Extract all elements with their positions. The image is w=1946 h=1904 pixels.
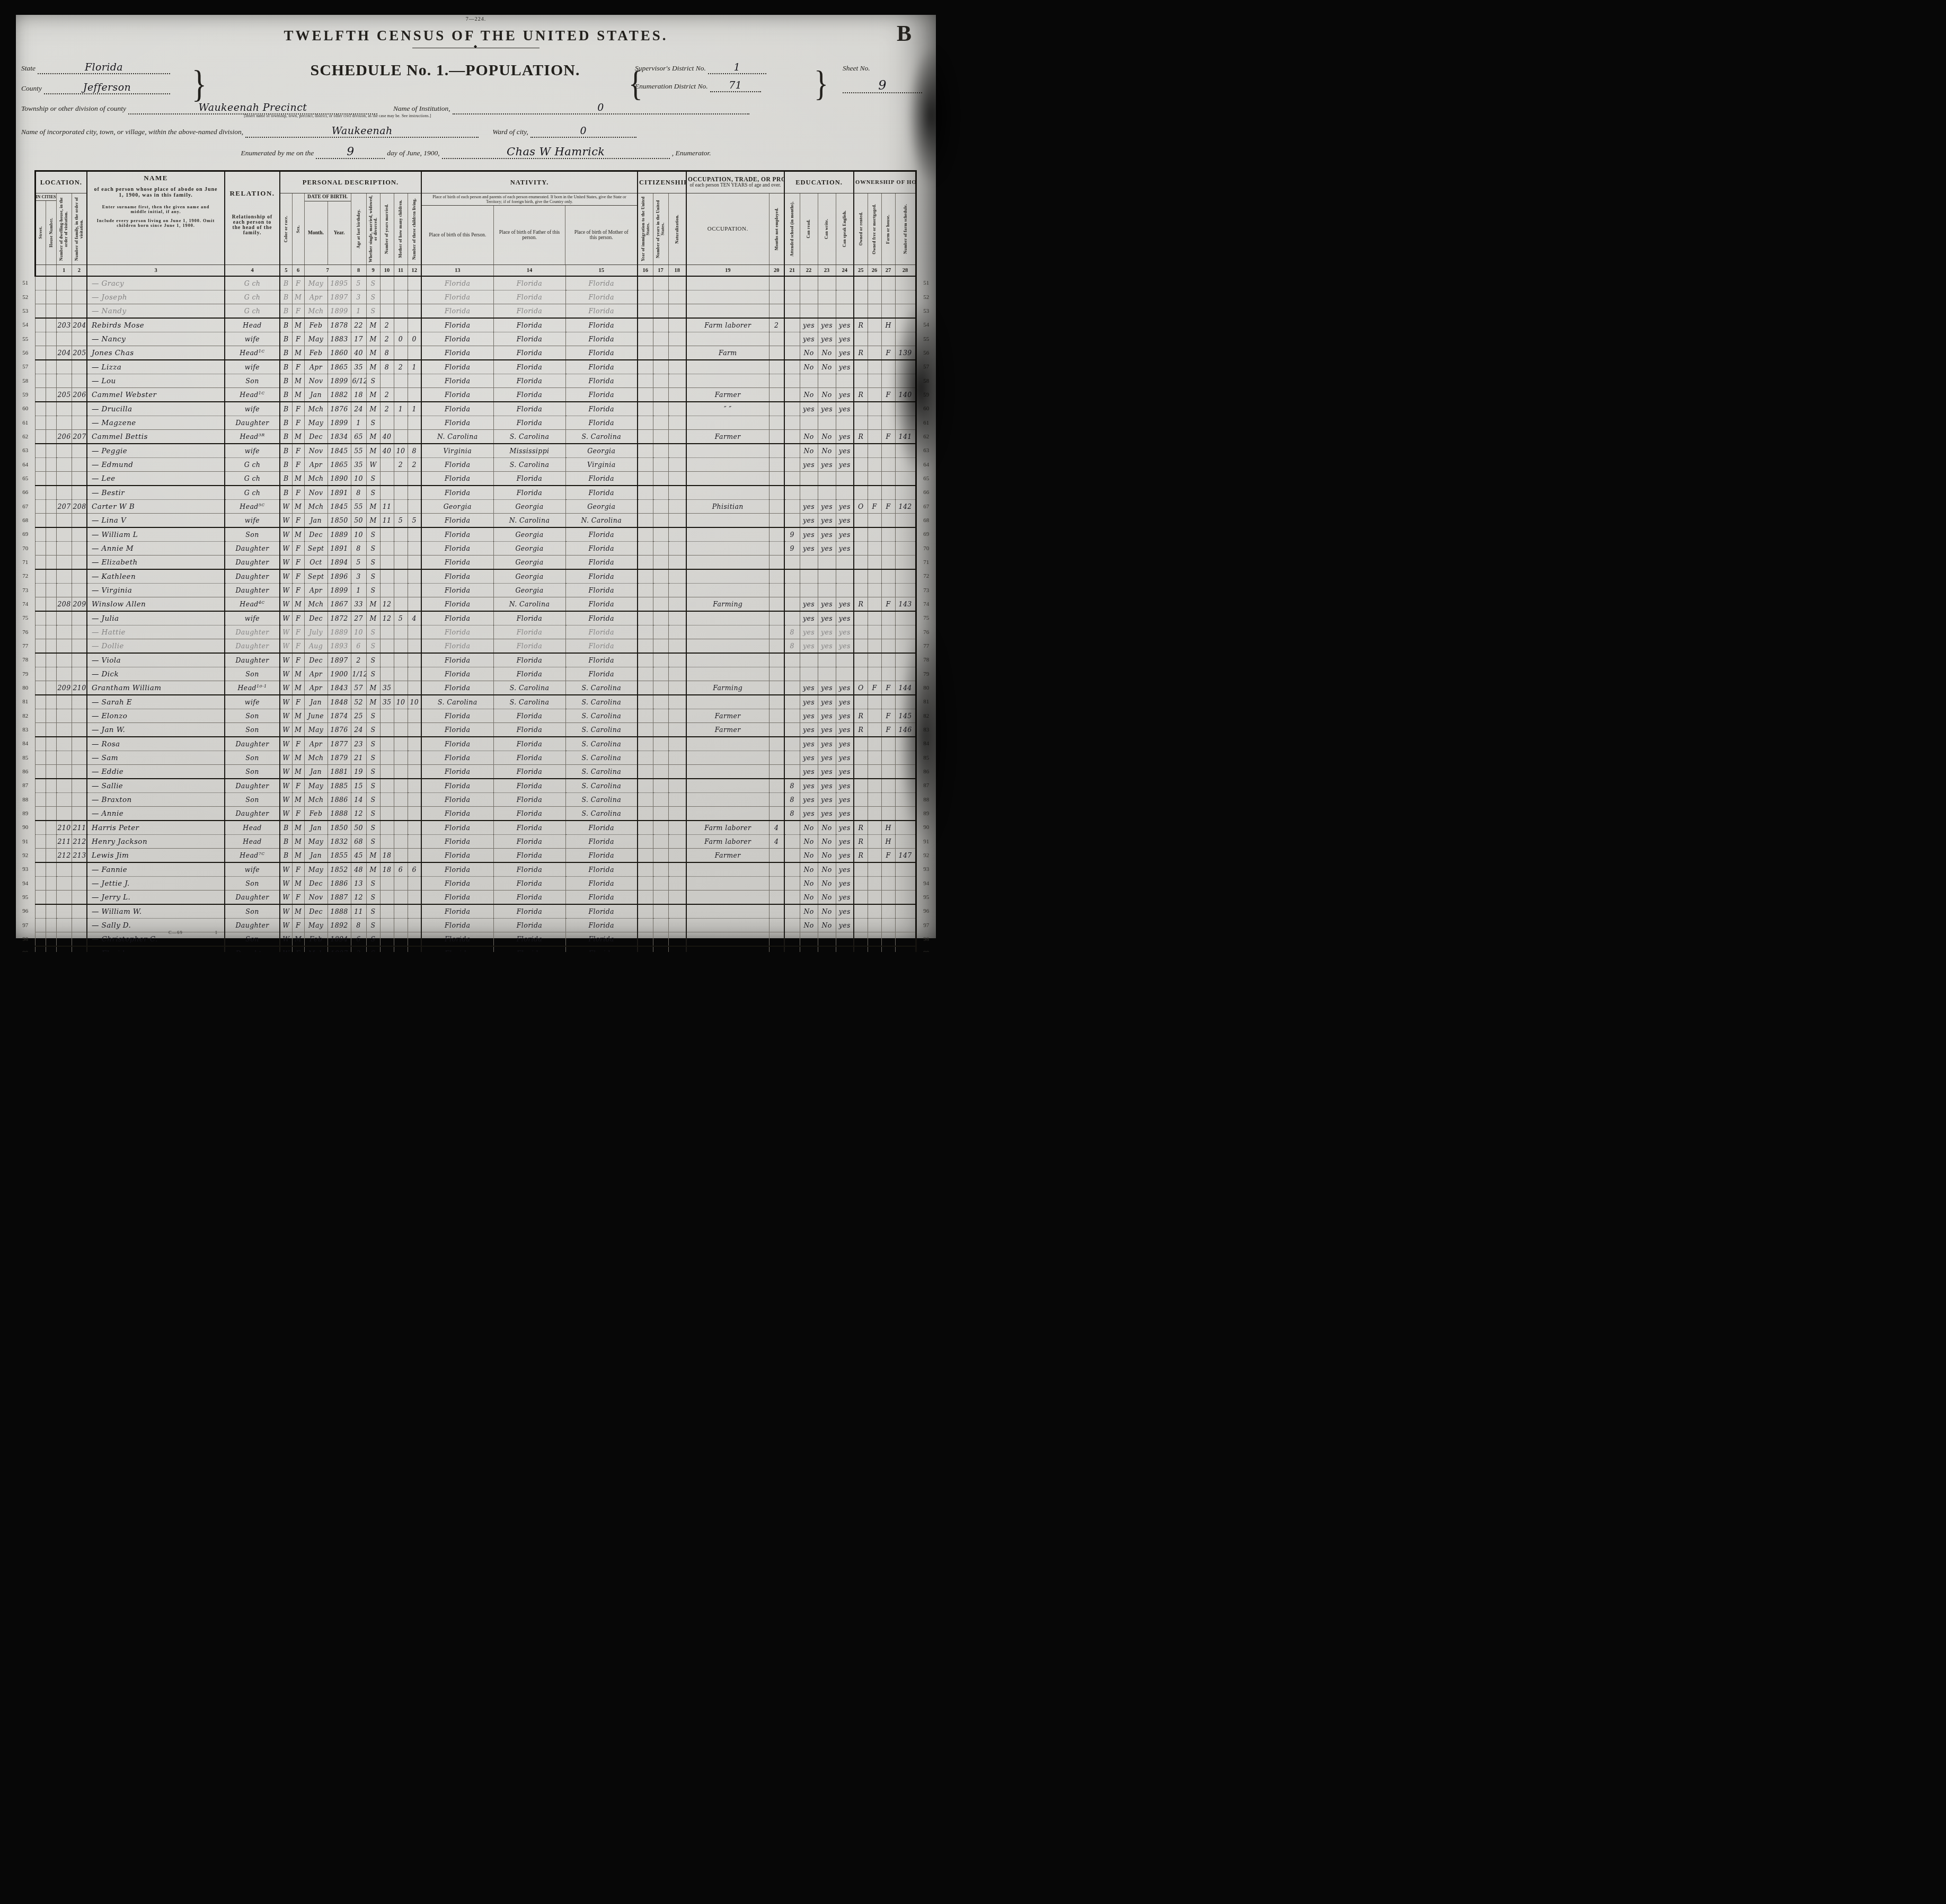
cell-owned-rented (854, 765, 868, 779)
cell-free-mortgaged (868, 290, 881, 304)
cell-months-not-employed (769, 500, 784, 514)
cell-name: — Drucilla (87, 402, 225, 416)
cell-can-write: yes (818, 751, 836, 765)
cell-family (72, 584, 87, 597)
cell-occupation (686, 276, 769, 290)
cell-owned-rented: R (854, 597, 868, 612)
person-row: 89— AnnieDaughterWFFeb188812SFloridaFlor… (16, 807, 936, 821)
cell-family (72, 723, 87, 737)
cell-farm-schedule (895, 835, 916, 849)
township-value: Waukeenah Precinct (198, 102, 307, 113)
cell-relation: Son (225, 765, 280, 779)
cell-color: B (280, 430, 292, 444)
cell-farm-schedule (895, 807, 916, 821)
cell-mother-of (394, 793, 408, 807)
cell-name: — Lina V (87, 514, 225, 528)
line-number-left: 75 (16, 611, 35, 625)
cell-dwelling: 205 (56, 388, 72, 402)
cell-naturalization (668, 653, 686, 667)
group-personal-description: PERSONAL DESCRIPTION. (280, 171, 421, 193)
line-number-right: 96 (916, 904, 936, 919)
cell-can-speak-english (836, 932, 854, 947)
cell-years-married (380, 304, 394, 319)
cell-birth-year: 1886 (328, 793, 351, 807)
cell-occupation (686, 862, 769, 877)
cell-relation: G ch (225, 472, 280, 486)
cell-attended-school (784, 402, 800, 416)
line-number-right: 97 (916, 919, 936, 932)
cell (46, 444, 56, 458)
cell-age: 17 (351, 332, 366, 346)
cell-attended-school (784, 946, 800, 952)
cell-color: W (280, 542, 292, 556)
cell-pob-person: Florida (421, 891, 493, 905)
cell-family (72, 946, 87, 952)
col-owned-rented: Owned or rented. (854, 193, 868, 265)
cell-months-not-employed (769, 597, 784, 612)
cell-pob-mother: N. Carolina (565, 514, 638, 528)
cell-can-write: yes (818, 332, 836, 346)
cell-name: Harris Peter (87, 821, 225, 835)
cell (46, 458, 56, 472)
footer-code: C—69 (169, 930, 183, 935)
cell-marital: S (366, 821, 380, 835)
cell-dwelling (56, 416, 72, 430)
cell-can-read (800, 584, 818, 597)
person-row: 59205206Cammel WebsterHead1CBMJan188218M… (16, 388, 936, 402)
cell-free-mortgaged (868, 304, 881, 319)
cell-farm-schedule (895, 737, 916, 751)
cell-farm-schedule (895, 527, 916, 542)
supervisor-district-value: 1 (734, 61, 741, 73)
cell-birth-month: Apr (304, 681, 328, 695)
cell-owned-rented (854, 556, 868, 570)
cell-can-read: No (800, 862, 818, 877)
cell-can-speak-english: yes (836, 849, 854, 863)
cell-owned-rented (854, 667, 868, 681)
cell-birth-month: Apr (304, 360, 328, 374)
cell (35, 332, 46, 346)
cell-farm-house: F (881, 709, 895, 723)
cell-birth-month: May (304, 416, 328, 430)
cell-marital: S (366, 723, 380, 737)
cell-can-read: yes (800, 807, 818, 821)
cell-pob-person: Florida (421, 904, 493, 919)
line-number-left: 89 (16, 807, 35, 821)
person-row: 78— ViolaDaughterWFDec18972SFloridaFlori… (16, 653, 936, 667)
cell-years-married (380, 821, 394, 835)
cell-occupation: Farm laborer (686, 318, 769, 332)
cell-pob-mother: S. Carolina (565, 430, 638, 444)
cell-family: 213 (72, 849, 87, 863)
cell (46, 625, 56, 639)
person-row: 94— Jettie J.SonWMDec188613SFloridaFlori… (16, 877, 936, 891)
col-years-married: Number of years married. (380, 193, 394, 265)
cell (35, 486, 46, 500)
cell-age: 40 (351, 346, 366, 360)
cell-dwelling (56, 667, 72, 681)
cell-free-mortgaged (868, 472, 881, 486)
cell-can-write (818, 584, 836, 597)
cell-pob-mother: Florida (565, 584, 638, 597)
cell-farm-house (881, 444, 895, 458)
cell-free-mortgaged (868, 709, 881, 723)
cell-years-in-us (653, 891, 668, 905)
cell-sex: F (292, 304, 304, 319)
cell-pob-father: Florida (493, 737, 565, 751)
cell-naturalization (668, 304, 686, 319)
cell-can-speak-english: yes (836, 891, 854, 905)
cell-farm-schedule (895, 304, 916, 319)
column-number: 1 (56, 265, 72, 277)
cell-can-read: No (800, 346, 818, 360)
cell-dwelling (56, 444, 72, 458)
cell-attended-school: 8 (784, 779, 800, 793)
cell-occupation (686, 625, 769, 639)
cell-birth-year: 1892 (328, 919, 351, 932)
cell-pob-mother: Florida (565, 318, 638, 332)
line-number-left: 93 (16, 862, 35, 877)
cell-years-married: 8 (380, 360, 394, 374)
cell-pob-father: Florida (493, 849, 565, 863)
cell-owned-rented: O (854, 500, 868, 514)
cell-birth-month: Jan (304, 514, 328, 528)
cell-naturalization (668, 891, 686, 905)
cell-free-mortgaged: F (868, 500, 881, 514)
cell-age: 12 (351, 891, 366, 905)
cell-age: 5 (351, 556, 366, 570)
cell-can-write: No (818, 444, 836, 458)
cell-relation: Daughter (225, 737, 280, 751)
cell-marital: S (366, 751, 380, 765)
cell-attended-school (784, 862, 800, 877)
cell-age: 21 (351, 751, 366, 765)
cell-can-speak-english: yes (836, 346, 854, 360)
cell (46, 695, 56, 709)
column-number: 2 (72, 265, 87, 277)
cell-owned-rented: R (854, 835, 868, 849)
cell-marital: M (366, 346, 380, 360)
cell-marital: S (366, 556, 380, 570)
cell-immigration-year (638, 290, 653, 304)
cell-mother-of (394, 709, 408, 723)
person-row: 81— Sarah EwifeWFJan184852M351010S. Caro… (16, 695, 936, 709)
cell-pob-person: Florida (421, 569, 493, 584)
cell-children-living (408, 877, 421, 891)
cell-months-not-employed (769, 402, 784, 416)
cell-dwelling (56, 569, 72, 584)
cell-years-in-us (653, 514, 668, 528)
cell-owned-rented (854, 458, 868, 472)
cell-years-married (380, 946, 394, 952)
cell-can-read: yes (800, 723, 818, 737)
cell-sex: M (292, 681, 304, 695)
cell-sex: F (292, 569, 304, 584)
cell-naturalization (668, 807, 686, 821)
cell-sex: F (292, 737, 304, 751)
cell-can-read: No (800, 849, 818, 863)
line-number-left: 65 (16, 472, 35, 486)
line-number-left: 55 (16, 332, 35, 346)
cell-can-write: yes (818, 639, 836, 654)
cell-years-married: 40 (380, 444, 394, 458)
cell-birth-month: Mch (304, 402, 328, 416)
cell-can-write: No (818, 821, 836, 835)
cell-birth-year: 1886 (328, 877, 351, 891)
cell-years-married: 35 (380, 695, 394, 709)
cell (35, 388, 46, 402)
line-number-left: 96 (16, 904, 35, 919)
cell-immigration-year (638, 458, 653, 472)
cell-pob-father: Florida (493, 388, 565, 402)
cell-color: B (280, 821, 292, 835)
col-occupation: OCCUPATION. (686, 193, 769, 265)
cell-can-speak-english: yes (836, 611, 854, 625)
cell-name: Rebirds Mose (87, 318, 225, 332)
cell-years-in-us (653, 444, 668, 458)
cell-color: W (280, 793, 292, 807)
cell-years-in-us (653, 360, 668, 374)
cell-owned-rented (854, 639, 868, 654)
cell-family (72, 514, 87, 528)
cell-naturalization (668, 932, 686, 947)
line-number-left: 98 (16, 932, 35, 947)
cell-mother-of: 6 (394, 862, 408, 877)
cell-years-married (380, 527, 394, 542)
cell-years-married: 18 (380, 849, 394, 863)
cell-age: 12 (351, 807, 366, 821)
cell-birth-year: 1883 (328, 332, 351, 346)
cell-birth-year: 1876 (328, 723, 351, 737)
cell-farm-house (881, 751, 895, 765)
cell-years-in-us (653, 932, 668, 947)
cell-name: — Elonzo (87, 709, 225, 723)
cell-children-living (408, 430, 421, 444)
cell-years-in-us (653, 486, 668, 500)
cell-family (72, 709, 87, 723)
cell-age: 1 (351, 584, 366, 597)
cell (46, 849, 56, 863)
cell-occupation (686, 584, 769, 597)
cell-years-married: 2 (380, 402, 394, 416)
cell-color: W (280, 737, 292, 751)
cell-birth-month: Apr (304, 667, 328, 681)
cell-marital: S (366, 877, 380, 891)
cell-attended-school: 9 (784, 542, 800, 556)
cell-farm-schedule (895, 472, 916, 486)
cell-can-speak-english: yes (836, 388, 854, 402)
cell-occupation: Farmer (686, 388, 769, 402)
cell-birth-month: Mch (304, 793, 328, 807)
cell-pob-mother: Florida (565, 625, 638, 639)
cell-owned-rented: R (854, 709, 868, 723)
cell-occupation (686, 695, 769, 709)
cell-marital: S (366, 584, 380, 597)
col-months-not-employed: Months not employed. (769, 193, 784, 265)
cell-can-write: yes (818, 514, 836, 528)
cell-free-mortgaged (868, 611, 881, 625)
cell-can-read: yes (800, 318, 818, 332)
cell-farm-house (881, 360, 895, 374)
cell-can-write: yes (818, 500, 836, 514)
cell-birth-month: Feb (304, 807, 328, 821)
cell-name: — Hattie (87, 625, 225, 639)
cell-mother-of (394, 625, 408, 639)
cell-free-mortgaged (868, 904, 881, 919)
cell-pob-person: Florida (421, 416, 493, 430)
cell-years-married (380, 276, 394, 290)
cell-family (72, 904, 87, 919)
cell-birth-year: 1889 (328, 527, 351, 542)
cell-occupation (686, 486, 769, 500)
cell-can-write (818, 472, 836, 486)
cell-pob-father: Florida (493, 751, 565, 765)
cell-naturalization (668, 374, 686, 388)
cell-months-not-employed (769, 290, 784, 304)
cell-can-speak-english: yes (836, 625, 854, 639)
cell-pob-mother: S. Carolina (565, 737, 638, 751)
cell-name: — Magzene (87, 416, 225, 430)
cell-marital: S (366, 709, 380, 723)
cell-attended-school (784, 416, 800, 430)
cell-pob-person: Virginia (421, 444, 493, 458)
cell-attended-school (784, 737, 800, 751)
cell-dwelling (56, 653, 72, 667)
cell-farm-house (881, 877, 895, 891)
cell-farm-house (881, 932, 895, 947)
cell-naturalization (668, 276, 686, 290)
cell-sex: F (292, 542, 304, 556)
cell-mother-of (394, 653, 408, 667)
cell-color: W (280, 723, 292, 737)
cell-can-speak-english: yes (836, 444, 854, 458)
cell (46, 584, 56, 597)
cell-years-in-us (653, 458, 668, 472)
cell-free-mortgaged (868, 556, 881, 570)
cell-color: B (280, 402, 292, 416)
ward-value: 0 (580, 125, 587, 137)
cell-name: — Sam (87, 751, 225, 765)
cell-mother-of (394, 737, 408, 751)
cell-naturalization (668, 486, 686, 500)
cell-birth-year: 1887 (328, 891, 351, 905)
cell-immigration-year (638, 821, 653, 835)
cell-birth-year: 1897 (328, 290, 351, 304)
cell-color: B (280, 849, 292, 863)
cell-relation: Son (225, 527, 280, 542)
person-row: 53— NandyG chBFMch18991SFloridaFloridaFl… (16, 304, 936, 319)
cell-relation: G ch (225, 458, 280, 472)
cell (35, 765, 46, 779)
cell-age: 57 (351, 681, 366, 695)
cell-sex: M (292, 290, 304, 304)
cell-pob-father: Florida (493, 653, 565, 667)
cell-relation: Son (225, 877, 280, 891)
col-attended-school: Attended school (in months). (784, 193, 800, 265)
cell-years-in-us (653, 500, 668, 514)
cell-marital: S (366, 290, 380, 304)
cell-owned-rented (854, 807, 868, 821)
cell-birth-year: 1867 (328, 597, 351, 612)
cell-sex: F (292, 416, 304, 430)
cell-children-living (408, 919, 421, 932)
cell-pob-father: Florida (493, 625, 565, 639)
cell-years-married (380, 374, 394, 388)
cell-occupation (686, 639, 769, 654)
column-number: 11 (394, 265, 408, 277)
person-row: 64— EdmundG chBFApr186535W22FloridaS. Ca… (16, 458, 936, 472)
county-value: Jefferson (83, 82, 131, 93)
cell-birth-year: 1893 (328, 639, 351, 654)
line-number-left: 67 (16, 500, 35, 514)
cell-months-not-employed (769, 584, 784, 597)
cell (46, 681, 56, 695)
line-number-right: 64 (916, 458, 936, 472)
cell-relation: Daughter (225, 416, 280, 430)
cell-birth-month: Mch (304, 751, 328, 765)
cell-owned-rented: R (854, 849, 868, 863)
line-number-left: 61 (16, 416, 35, 430)
cell-owned-rented (854, 514, 868, 528)
cell-years-in-us (653, 919, 668, 932)
col-pob-person: Place of birth of this Person. (422, 206, 493, 265)
cell-sex: M (292, 472, 304, 486)
cell-immigration-year (638, 639, 653, 654)
person-row: 51— GracyG chBFMay18955SFloridaFloridaFl… (16, 276, 936, 290)
cell-birth-month: Nov (304, 374, 328, 388)
cell-years-in-us (653, 821, 668, 835)
person-row: 62206207Cammel BettisHead3RBMDec183465M4… (16, 430, 936, 444)
line-number-left: 86 (16, 765, 35, 779)
person-row: 93— FanniewifeWFMay185248M1866FloridaFlo… (16, 862, 936, 877)
cell-years-married: 40 (380, 430, 394, 444)
line-number-right: 66 (916, 486, 936, 500)
line-number-left: 88 (16, 793, 35, 807)
cell-pob-father: Georgia (493, 556, 565, 570)
cell-family (72, 304, 87, 319)
cell-birth-month: Aug (304, 639, 328, 654)
cell-can-write (818, 946, 836, 952)
cell-can-speak-english: yes (836, 695, 854, 709)
cell-birth-month: Oct (304, 556, 328, 570)
cell-pob-father: Florida (493, 639, 565, 654)
cell-immigration-year (638, 695, 653, 709)
person-row: 96— William W.SonWMDec188811SFloridaFlor… (16, 904, 936, 919)
cell-color: B (280, 416, 292, 430)
cell-years-married (380, 877, 394, 891)
cell-can-speak-english (836, 569, 854, 584)
cell-birth-year: 1850 (328, 821, 351, 835)
cell (35, 639, 46, 654)
cell-can-write: yes (818, 402, 836, 416)
cell-owned-rented (854, 486, 868, 500)
cell (35, 653, 46, 667)
cell-can-speak-english: yes (836, 919, 854, 932)
cell-birth-year: 1845 (328, 500, 351, 514)
line-number-left: 51 (16, 276, 35, 290)
cell-can-speak-english (836, 584, 854, 597)
cell-farm-house (881, 667, 895, 681)
cell-months-not-employed (769, 332, 784, 346)
line-number-right: 93 (916, 862, 936, 877)
col-pob-father: Place of birth of Father of this person. (493, 206, 565, 265)
cell-sex: M (292, 667, 304, 681)
cell-years-married (380, 290, 394, 304)
cell-naturalization (668, 444, 686, 458)
col-farm-house: Farm or house. (881, 193, 895, 265)
cell-age: 6 (351, 932, 366, 947)
cell-farm-house (881, 919, 895, 932)
